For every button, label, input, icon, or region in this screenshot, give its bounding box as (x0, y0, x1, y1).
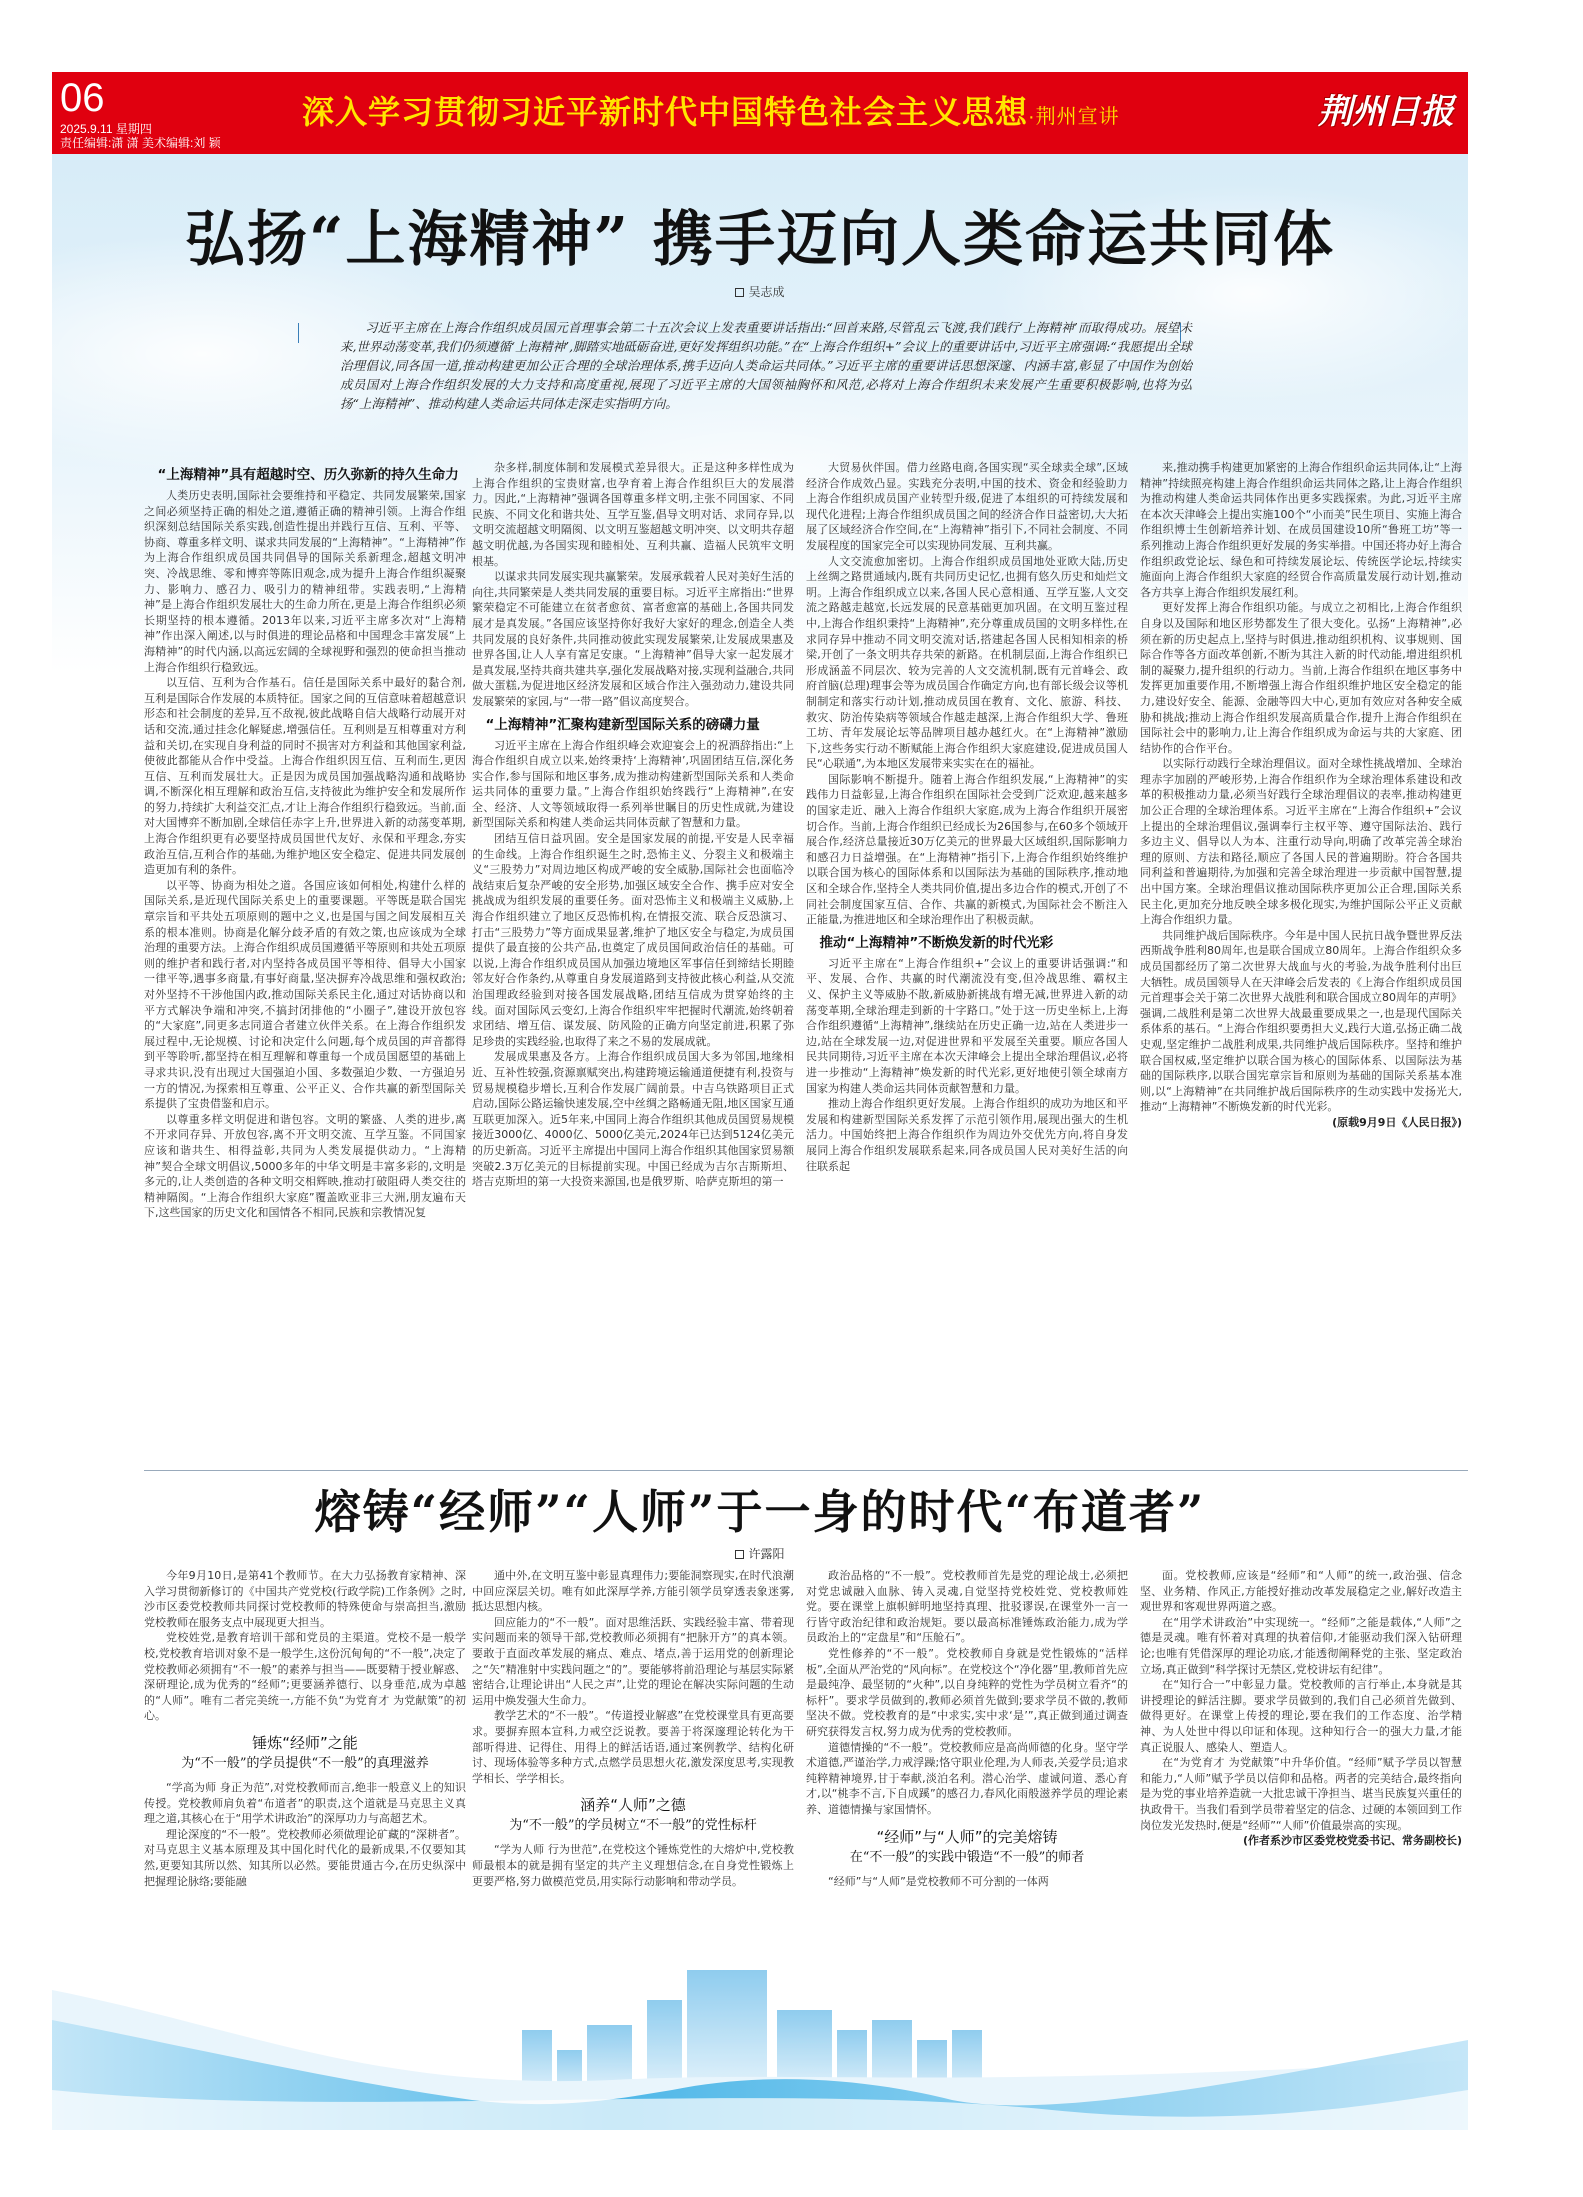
byline-box-icon (735, 288, 744, 297)
paragraph: 杂多样,制度体制和发展模式差异很大。正是这种多样性成为上海合作组织的宝贵财富,也… (472, 460, 794, 569)
skyline-wave-decoration (52, 1930, 1468, 2130)
article2-subhead-3b: 在“不一般”的实践中锻造“不一般”的师者 (806, 1848, 1128, 1868)
masthead-banner: 06 2025.9.11 星期四 责任编辑:潇 潇 美术编辑:刘 颖 深入学习贯… (52, 72, 1468, 154)
article2-subhead-1b: 为“不一般”的学员提供“不一般”的真理滋养 (144, 1754, 466, 1774)
paragraph: “学高为师 身正为范”,对党校教师而言,绝非一般意义上的知识传授。党校教师肩负着… (144, 1780, 466, 1827)
article1-author: 吴志成 (748, 285, 784, 299)
lead-rule-left (298, 323, 299, 343)
paragraph: 以平等、协商为相处之道。各国应该如何相处,构建什么样的国际关系,是近现代国际关系… (144, 878, 466, 1112)
paragraph: 理论深度的“不一般”。党校教师必须做理论矿藏的“深耕者”。对马克思主义基本原理及… (144, 1827, 466, 1889)
article1-column-4: 来,推动携手构建更加紧密的上海合作组织命运共同体,让“上海精神”持续照亮构建上海… (1140, 460, 1462, 1131)
editor-credits: 责任编辑:潇 潇 美术编辑:刘 颖 (60, 136, 221, 150)
article1-col1-heading: “上海精神”具有超越时空、历久弥新的持久生命力 (144, 466, 466, 484)
article1-source: (原载9月9日《人民日报》) (1140, 1115, 1462, 1131)
paragraph: 习近平主席在“上海合作组织+”会议上的重要讲话强调:“和平、发展、合作、共赢的时… (806, 956, 1128, 1096)
paragraph: 人文交流愈加密切。上海合作组织成员国地处亚欧大陆,历史上丝绸之路贯通域内,既有共… (806, 554, 1128, 772)
paragraph: 党性修养的“不一般”。党校教师自身就是党性锻炼的“活样板”,全面从严治党的“风向… (806, 1646, 1128, 1740)
paragraph: 大贸易伙伴国。借力丝路电商,各国实现“买全球卖全球”,区域经济合作成效凸显。实践… (806, 460, 1128, 554)
paragraph: 推动上海合作组织更好发展。上海合作组织的成功为地区和平发展和构建新型国际关系发挥… (806, 1096, 1128, 1174)
paragraph: 回应能力的“不一般”。面对思维活跃、实践经验丰富、带着现实问题而来的领导干部,党… (472, 1615, 794, 1709)
paragraph: 习近平主席在上海合作组织峰会欢迎宴会上的祝酒辞指出:“上海合作组织自成立以来,始… (472, 738, 794, 832)
article2-subhead-1: 锤炼“经师”之能 (144, 1732, 466, 1754)
article1-column-1: “上海精神”具有超越时空、历久弥新的持久生命力 人类历史表明,国际社会要维持和平… (144, 460, 466, 1221)
issue-date: 2025.9.11 星期四 (60, 122, 152, 136)
paragraph: 国际影响不断提升。随着上海合作组织发展,“上海精神”的实践伟力日益彰显,上海合作… (806, 772, 1128, 928)
newspaper-logo: 荆州日报 (1318, 88, 1454, 136)
article2-column-2: 通中外,在文明互鉴中彰显真理伟力;要能洞察现实,在时代浪潮中回应深层关切。唯有如… (472, 1568, 794, 1889)
paragraph: 以谋求共同发展实现共赢繁荣。发展承载着人民对美好生活的向往,共同繁荣是人类共同发… (472, 569, 794, 709)
section-title-main: 深入学习贯彻习近平新时代中国特色社会主义思想 (302, 93, 1028, 131)
article1-byline: 吴志成 (52, 283, 1468, 300)
article1-headline: 弘扬“上海精神” 携手迈向人类命运共同体 (52, 200, 1468, 280)
article1-column-2: 杂多样,制度体制和发展模式差异很大。正是这种多样性成为上海合作组织的宝贵财富,也… (472, 460, 794, 1190)
section-title-sub: ·荆州宣讲 (1028, 106, 1120, 128)
section-title: 深入学习贯彻习近平新时代中国特色社会主义思想·荆州宣讲 (302, 92, 1120, 137)
paragraph: 教学艺术的“不一般”。“传道授业解惑”在党校课堂具有更高要求。要摒弃照本宣科,力… (472, 1708, 794, 1786)
paragraph: 团结互信日益巩固。安全是国家发展的前提,平安是人民幸福的生命线。上海合作组织诞生… (472, 831, 794, 1049)
paragraph: 政治品格的“不一般”。党校教师首先是党的理论战士,必须把对党忠诚融入血脉、铸入灵… (806, 1568, 1128, 1646)
article1-column-3: 大贸易伙伴国。借力丝路电商,各国实现“买全球卖全球”,区域经济合作成效凸显。实践… (806, 460, 1128, 1174)
paragraph: 更好发挥上海合作组织功能。与成立之初相比,上海合作组织自身以及国际和地区形势都发… (1140, 600, 1462, 756)
paragraph: 以实际行动践行全球治理倡议。面对全球性挑战增加、全球治理赤字加剧的严峻形势,上海… (1140, 756, 1462, 928)
paragraph: 发展成果惠及各方。上海合作组织成员国大多为邻国,地缘相近、互补性较强,资源禀赋突… (472, 1049, 794, 1189)
page-number: 06 (60, 76, 105, 120)
article1-lead: 习近平主席在上海合作组织成员国元首理事会第二十五次会议上发表重要讲话指出:“回首… (340, 318, 1192, 413)
paragraph: “学为人师 行为世范”,在党校这个锤炼党性的大熔炉中,党校教师最根本的就是拥有坚… (472, 1842, 794, 1889)
article2-author-note: (作者系沙市区委党校党委书记、常务副校长) (1140, 1833, 1462, 1849)
paragraph: 人类历史表明,国际社会要维持和平稳定、共同发展繁荣,国家之间必须坚持正确的相处之… (144, 488, 466, 675)
paragraph: 通中外,在文明互鉴中彰显真理伟力;要能洞察现实,在时代浪潮中回应深层关切。唯有如… (472, 1568, 794, 1615)
paragraph: 在“为党育才 为党献策”中升华价值。“经师”赋予学员以智慧和能力,“人师”赋予学… (1140, 1755, 1462, 1833)
paragraph: 道德情操的“不一般”。党校教师应是高尚师德的化身。坚守学术道德,严谨治学,力戒浮… (806, 1740, 1128, 1818)
paragraph: 面。党校教师,应该是“经师”和“人师”的统一,政治强、信念坚、业务精、作风正,方… (1140, 1568, 1462, 1615)
article2-column-1: 今年9月10日,是第41个教师节。在大力弘扬教育家精神、深入学习贯彻新修订的《中… (144, 1568, 466, 1889)
paragraph: 今年9月10日,是第41个教师节。在大力弘扬教育家精神、深入学习贯彻新修订的《中… (144, 1568, 466, 1630)
article2-headline: 熔铸“经师”“人师”于一身的时代“布道者” (52, 1482, 1468, 1542)
article2-author: 许露阳 (748, 1547, 784, 1561)
article2-byline: 许露阳 (52, 1545, 1468, 1562)
article2-column-4: 面。党校教师,应该是“经师”和“人师”的统一,政治强、信念坚、业务精、作风正,方… (1140, 1568, 1462, 1849)
article2-subhead-2b: 为“不一般”的学员树立“不一般”的党性标杆 (472, 1816, 794, 1836)
newspaper-page: 06 2025.9.11 星期四 责任编辑:潇 潇 美术编辑:刘 颖 深入学习贯… (52, 0, 1468, 2197)
paragraph: 党校姓党,是教育培训干部和党员的主渠道。党校不是一般学校,党校教育培训对象不是一… (144, 1630, 466, 1724)
paragraph: 来,推动携手构建更加紧密的上海合作组织命运共同体,让“上海精神”持续照亮构建上海… (1140, 460, 1462, 600)
byline-box-icon (735, 1550, 744, 1559)
article2-subhead-2: 涵养“人师”之德 (472, 1794, 794, 1816)
article1-col3-heading: 推动“上海精神”不断焕发新的时代光彩 (806, 934, 1128, 952)
paragraph: 以尊重多样文明促进和谐包容。文明的繁盛、人类的进步,离不开求同存异、开放包容,离… (144, 1112, 466, 1221)
paragraph: 在“知行合一”中彰显力量。党校教师的言行举止,本身就是其讲授理论的鲜活注脚。要求… (1140, 1677, 1462, 1755)
paragraph: 以互信、互利为合作基石。信任是国际关系中最好的黏合剂,互利是国际合作发展的本质特… (144, 675, 466, 878)
paragraph: 在“用学术讲政治”中实现统一。“经师”之能是载体,“人师”之德是灵魂。唯有怀着对… (1140, 1615, 1462, 1677)
paragraph: 共同维护战后国际秩序。今年是中国人民抗日战争暨世界反法西斯战争胜利80周年,也是… (1140, 928, 1462, 1115)
article2-column-3: 政治品格的“不一般”。党校教师首先是党的理论战士,必须把对党忠诚融入血脉、铸入灵… (806, 1568, 1128, 1889)
article-divider (144, 1470, 1468, 1471)
paragraph: “经师”与“人师”是党校教师不可分割的一体两 (806, 1874, 1128, 1890)
article2-subhead-3: “经师”与“人师”的完美熔铸 (806, 1826, 1128, 1848)
article1-col2-heading: “上海精神”汇聚构建新型国际关系的磅礴力量 (472, 716, 794, 734)
